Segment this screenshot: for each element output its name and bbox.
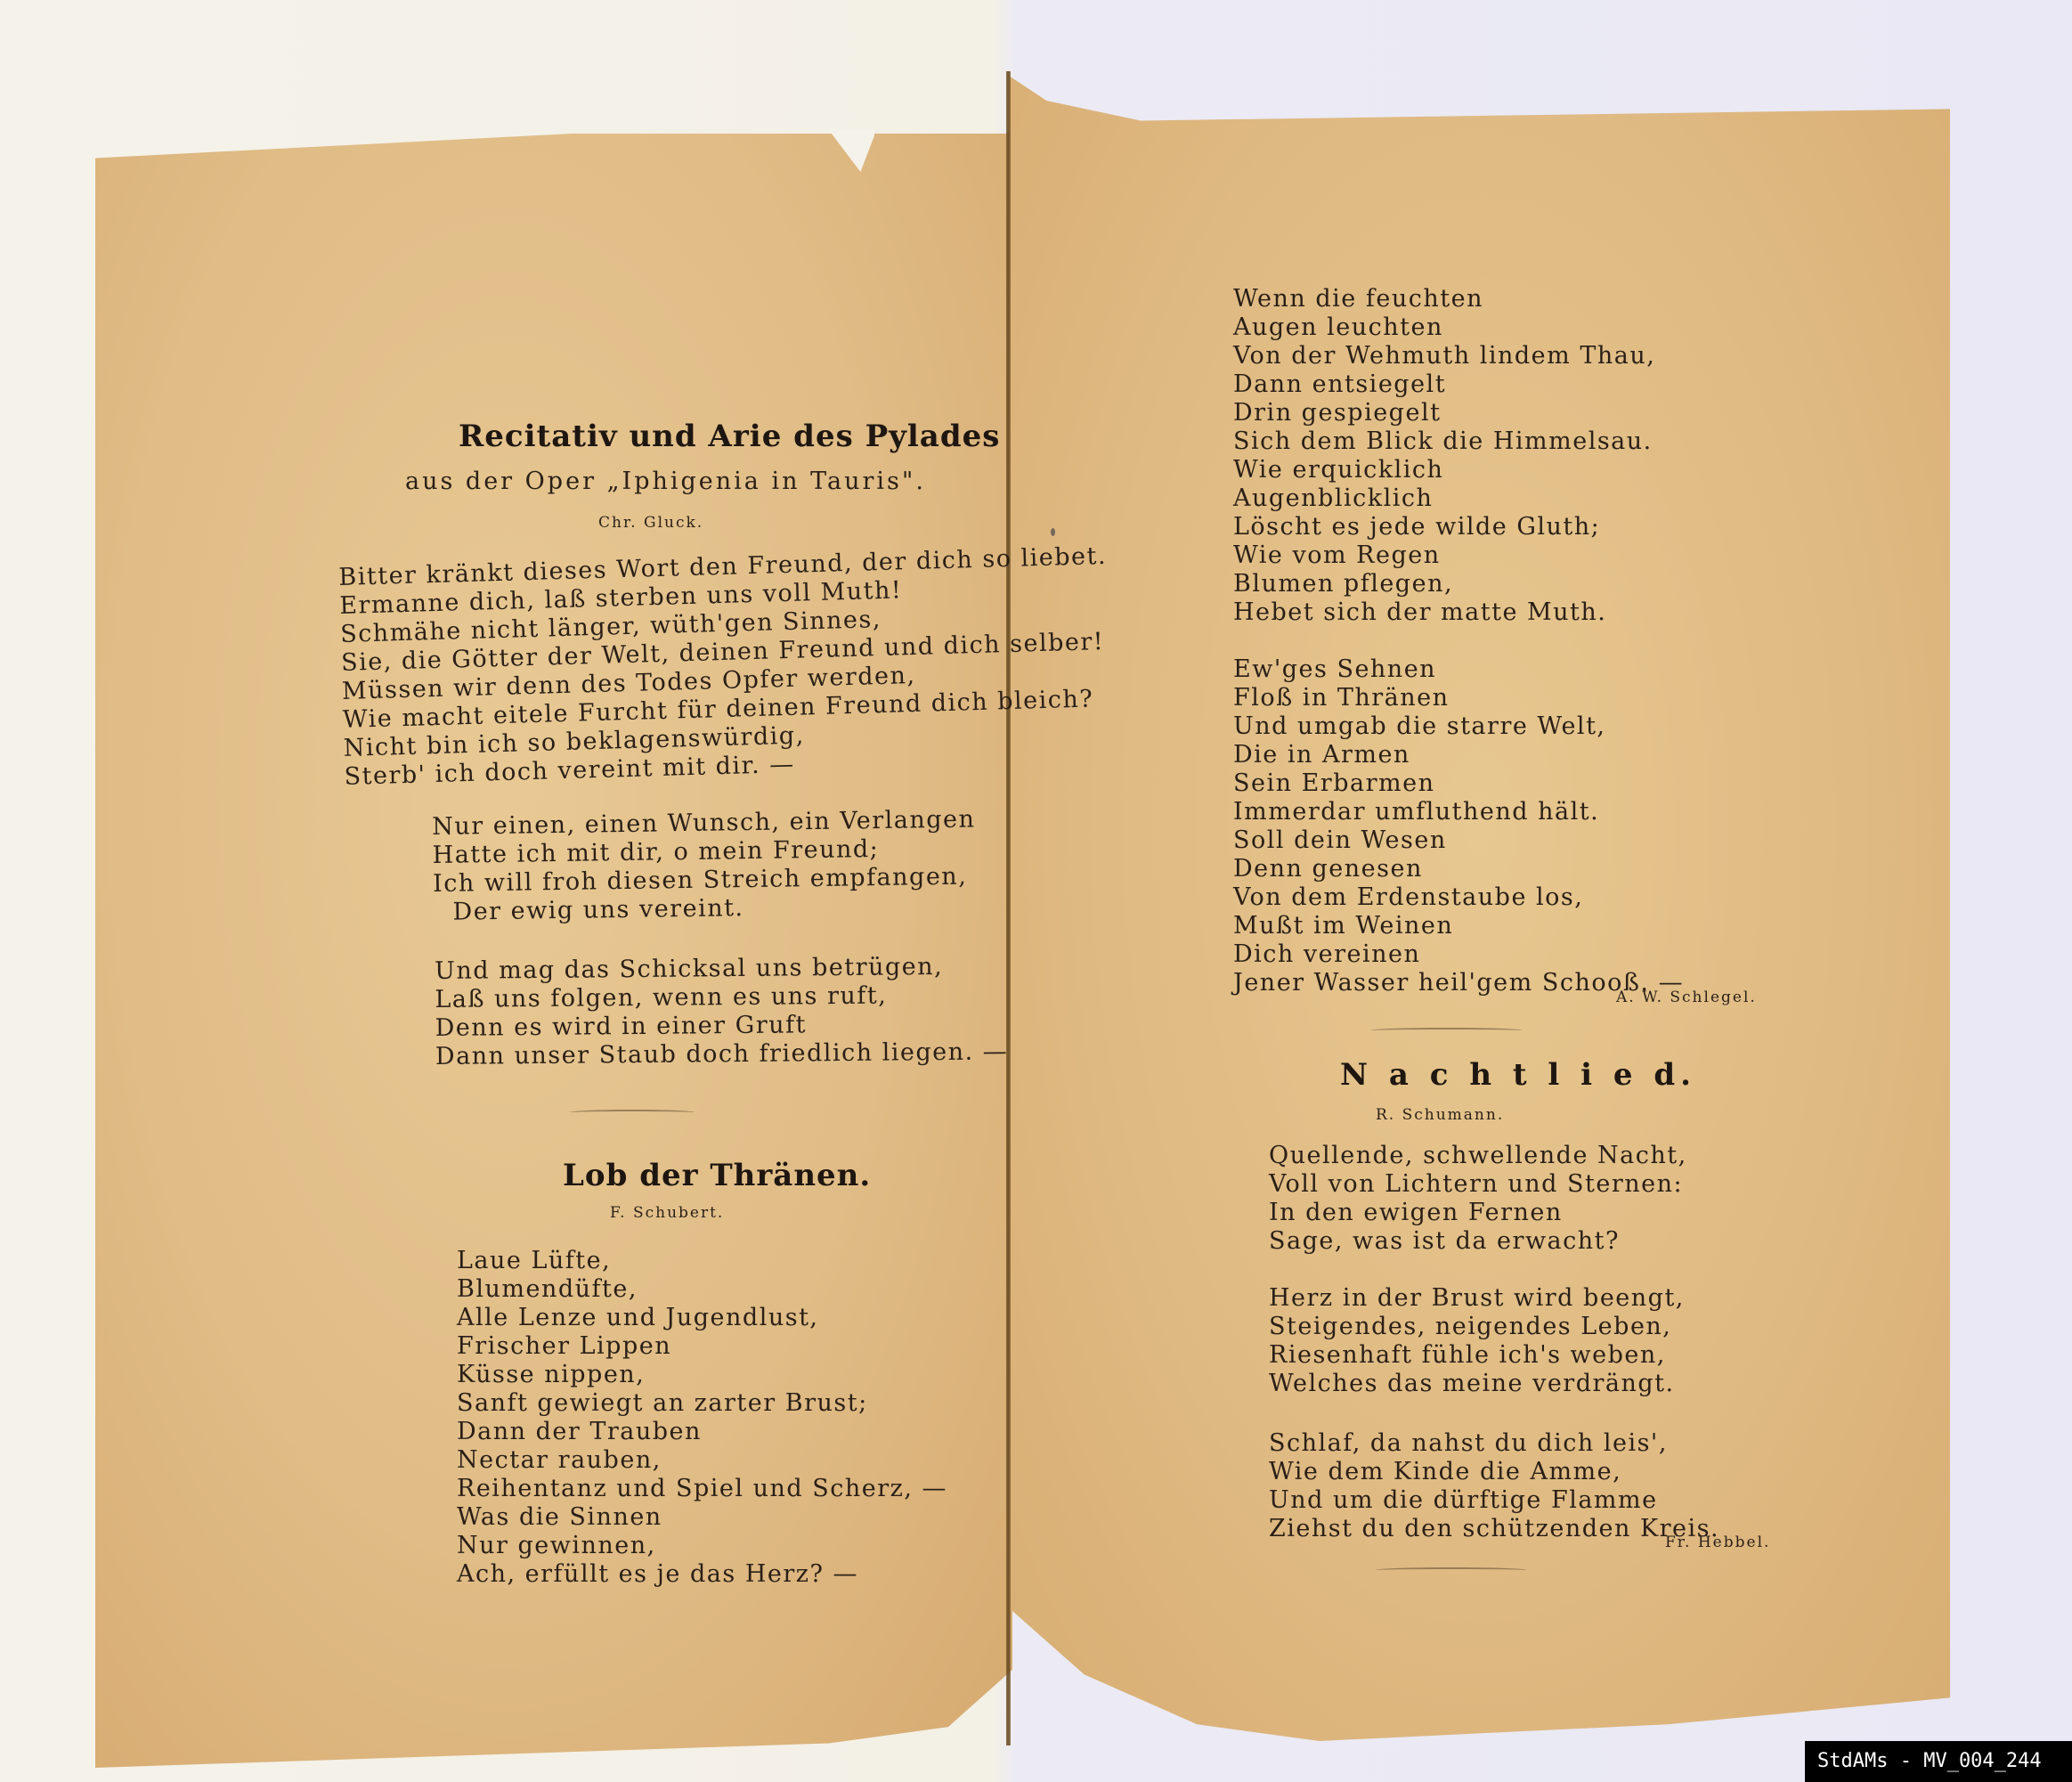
lob-der-thraenen-continuation-stanza-1: Wenn die feuchten Augen leuchten Von der…	[1233, 285, 1655, 627]
recitative-text: Bitter kränkt dieses Wort den Freund, de…	[338, 542, 1113, 792]
verse-line: Dich vereinen	[1233, 940, 1684, 969]
verse-line: Sage, was ist da erwacht?	[1269, 1227, 1687, 1256]
verse-line: Und mag das Schicksal uns betrügen,	[435, 952, 1008, 986]
verse-line: Steigendes, neigendes Leben,	[1269, 1313, 1685, 1341]
poet-credit-hebbel: Fr. Hebbel.	[1665, 1534, 1770, 1551]
book-spine-fold	[1006, 71, 1011, 1745]
lob-der-thraenen-text: Laue Lüfte, Blumendüfte, Alle Lenze und …	[457, 1247, 947, 1589]
aria-stanza-2: Und mag das Schicksal uns betrügen, Laß …	[435, 952, 1008, 1071]
verse-line: Löscht es jede wilde Gluth;	[1233, 513, 1655, 541]
nachtlied-stanza-1: Quellende, schwellende Nacht, Voll von L…	[1269, 1142, 1687, 1256]
verse-line: Voll von Lichtern und Sternen:	[1269, 1170, 1687, 1199]
composer-credit-gluck: Chr. Gluck.	[598, 514, 703, 532]
verse-line: Die in Armen	[1233, 741, 1684, 769]
verse-line: Nur gewinnen,	[457, 1532, 947, 1560]
verse-line: Immerdar umfluthend hält.	[1233, 798, 1684, 826]
verse-line: Küsse nippen,	[457, 1361, 947, 1389]
section-divider	[1376, 1567, 1527, 1573]
verse-line: In den ewigen Fernen	[1269, 1199, 1687, 1227]
verse-line: Blumen pflegen,	[1233, 570, 1655, 598]
verse-line: Sanft gewiegt an zarter Brust;	[457, 1389, 947, 1418]
verse-line: Von dem Erdenstaube los,	[1233, 883, 1684, 912]
section-subtitle-opera: aus der Oper „Iphigenia in Tauris".	[405, 468, 926, 495]
verse-line: Sich dem Blick die Himmelsau.	[1233, 427, 1655, 456]
poet-credit-schlegel: A. W. Schlegel.	[1616, 989, 1757, 1006]
composer-credit-schumann: R. Schumann.	[1376, 1106, 1504, 1124]
verse-line: Ziehst du den schützenden Kreis.	[1269, 1515, 1719, 1543]
verse-line: Sein Erbarmen	[1233, 769, 1684, 798]
verse-line: Herz in der Brust wird beengt,	[1269, 1284, 1685, 1313]
verse-line: Und umgab die starre Welt,	[1233, 712, 1684, 741]
nachtlied-stanza-2: Herz in der Brust wird beengt, Steigende…	[1269, 1284, 1685, 1398]
speck	[1051, 528, 1055, 536]
verse-line: Wie vom Regen	[1233, 541, 1655, 570]
archive-catalog-label: StdAMs - MV_004_244	[1805, 1741, 2072, 1782]
verse-line: Drin gespiegelt	[1233, 399, 1655, 427]
verse-line: Ew'ges Sehnen	[1233, 655, 1684, 684]
verse-line: Nectar rauben,	[457, 1446, 947, 1475]
verse-line: Quellende, schwellende Nacht,	[1269, 1142, 1687, 1170]
verse-line: Riesenhaft fühle ich's weben,	[1269, 1341, 1685, 1370]
lob-der-thraenen-continuation-stanza-2: Ew'ges Sehnen Floß in Thränen Und umgab …	[1233, 655, 1684, 997]
verse-line: Denn genesen	[1233, 855, 1684, 883]
nachtlied-stanza-3: Schlaf, da nahst du dich leis', Wie dem …	[1269, 1429, 1719, 1543]
verse-line: Wenn die feuchten	[1233, 285, 1655, 313]
verse-line: Laue Lüfte,	[457, 1247, 947, 1275]
section-divider	[1371, 1028, 1523, 1033]
verse-line: Blumendüfte,	[457, 1275, 947, 1304]
section-title-nachtlied: N a c h t l i e d.	[1340, 1057, 1696, 1093]
verse-line: Floß in Thränen	[1233, 684, 1684, 712]
verse-line: Mußt im Weinen	[1233, 912, 1684, 940]
verse-line: Soll dein Wesen	[1233, 826, 1684, 855]
verse-line: Welches das meine verdrängt.	[1269, 1370, 1685, 1398]
aria-stanza-1: Nur einen, einen Wunsch, ein Verlangen H…	[432, 805, 977, 927]
verse-line: Was die Sinnen	[457, 1503, 947, 1532]
verse-line: Wie erquicklich	[1233, 456, 1655, 484]
section-divider	[570, 1110, 695, 1115]
section-title-recitativ: Recitativ und Arie des Pylades	[459, 419, 1000, 454]
verse-line: Dann unser Staub doch friedlich liegen. …	[435, 1037, 1009, 1071]
composer-credit-schubert: F. Schubert.	[610, 1204, 724, 1222]
verse-line: Schlaf, da nahst du dich leis',	[1269, 1429, 1719, 1458]
verse-line: Frischer Lippen	[457, 1332, 947, 1361]
verse-line: Dann entsiegelt	[1233, 370, 1655, 399]
section-title-lob-der-thraenen: Lob der Thränen.	[563, 1158, 871, 1193]
verse-line: Hebet sich der matte Muth.	[1233, 598, 1655, 627]
verse-line: Von der Wehmuth lindem Thau,	[1233, 342, 1655, 370]
verse-line: Ach, erfüllt es je das Herz? —	[457, 1560, 947, 1589]
verse-line: Augenblicklich	[1233, 484, 1655, 513]
verse-line: Reihentanz und Spiel und Scherz, —	[457, 1475, 947, 1503]
verse-line: Augen leuchten	[1233, 313, 1655, 342]
verse-line: Und um die dürftige Flamme	[1269, 1486, 1719, 1515]
verse-line: Wie dem Kinde die Amme,	[1269, 1458, 1719, 1486]
verse-line: Dann der Trauben	[457, 1418, 947, 1446]
verse-line: Alle Lenze und Jugendlust,	[457, 1304, 947, 1332]
